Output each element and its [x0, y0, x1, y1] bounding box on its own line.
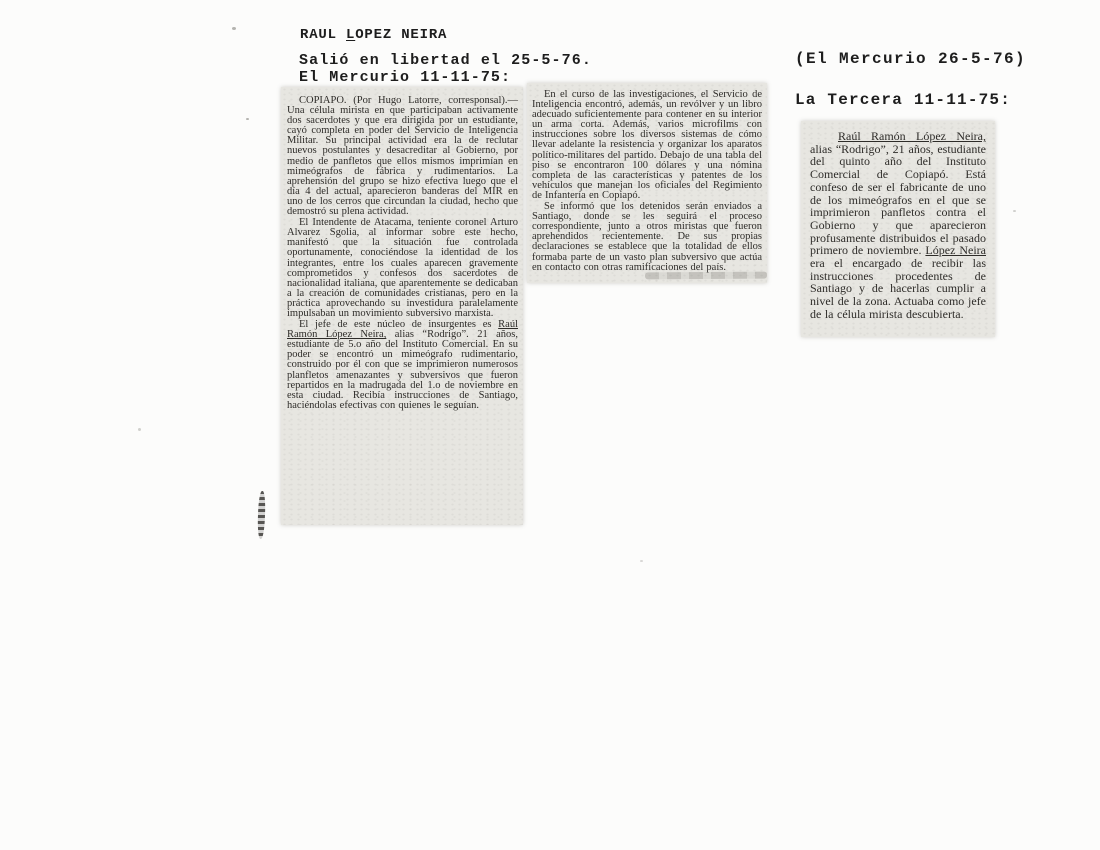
source-mercurio-heading: El Mercurio 11-11-75:	[299, 69, 511, 86]
mercurio-clipping-column-2: En el curso de las investigaciones, el S…	[527, 83, 767, 283]
ink-smudge-artifact	[645, 271, 767, 279]
tercera-clipping: Raúl Ramón López Neira, alias “Rodrigo”,…	[801, 121, 995, 337]
subject-name-underlined-letter: L	[346, 27, 355, 43]
scan-speck-artifact	[640, 560, 643, 562]
article-paragraph: COPIAPO. (Por Hugo Latorre, corresponsal…	[287, 96, 518, 217]
mercurio-clipping-column-1: COPIAPO. (Por Hugo Latorre, corresponsal…	[281, 87, 523, 525]
scan-speck-artifact	[232, 27, 236, 30]
paragraph-text: alias “Rodrigo”, 21 años, estudiante del…	[810, 142, 986, 258]
article-paragraph: Se informó que los detenidos serán envia…	[532, 202, 762, 273]
article-paragraph: El jefe de este núcleo de insurgentes es…	[287, 320, 518, 411]
scan-speck-artifact	[138, 428, 141, 431]
paragraph-text: era el encargado de recibir las instrucc…	[810, 256, 986, 321]
mercurio-release-reference: (El Mercurio 26-5-76)	[795, 50, 1026, 68]
subject-name-part: OPEZ NEIRA	[355, 27, 447, 43]
release-date-line: Salió en libertad el 25-5-76.	[299, 52, 592, 69]
article-paragraph: En el curso de las investigaciones, el S…	[532, 90, 762, 201]
paragraph-text: alias “Rodrigo”. 21 años, estudiante de …	[287, 329, 518, 411]
subject-name-part: RAUL	[300, 27, 346, 43]
scanned-press-clippings-page: { "colors": { "typewriter_ink": "#1d1d1d…	[0, 0, 1100, 850]
source-tercera-heading: La Tercera 11-11-75:	[795, 91, 1011, 109]
article-paragraph: Raúl Ramón López Neira, alias “Rodrigo”,…	[810, 130, 986, 321]
scan-speck-artifact	[1013, 210, 1016, 212]
subject-name-heading: RAUL LOPEZ NEIRA	[300, 27, 447, 43]
article-paragraph: El Intendente de Atacama, teniente coron…	[287, 218, 518, 319]
scan-margin-squiggle-artifact	[257, 491, 266, 539]
scan-speck-artifact	[246, 118, 249, 120]
